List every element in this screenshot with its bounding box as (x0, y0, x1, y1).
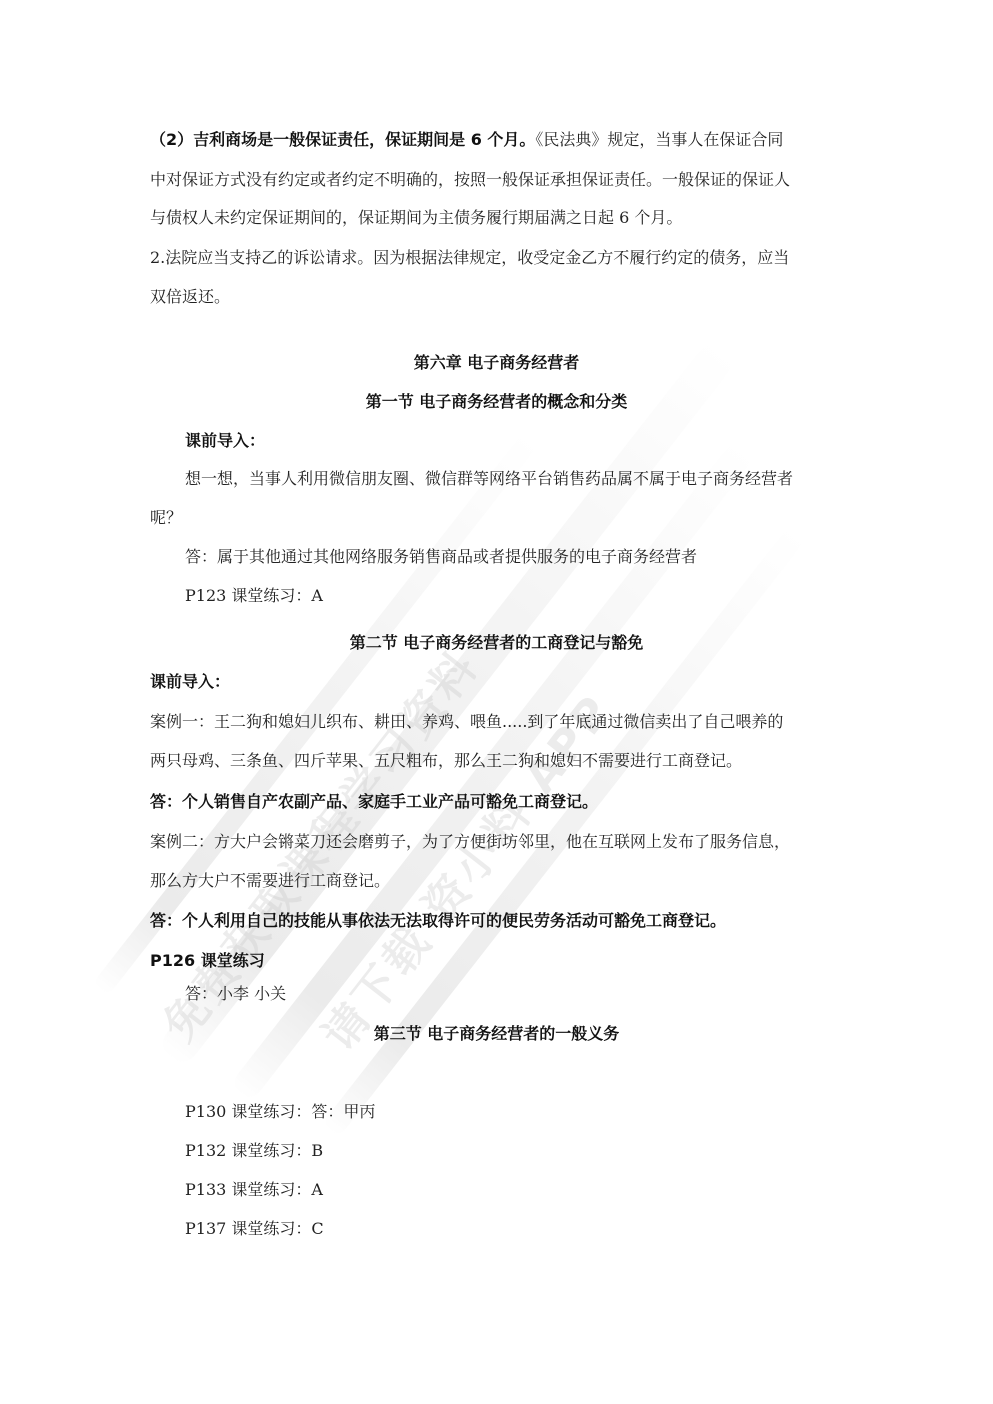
paragraph-line: 双倍返还。 (150, 287, 230, 307)
intro-label: 课前导入： (185, 431, 265, 451)
paragraph-guarantee: （2）吉利商场是一般保证责任，保证期间是 6 个月。《民法典》规定，当事人在保证… (150, 130, 783, 150)
paragraph-line: 与债权人未约定保证期间的，保证期间为主债务履行期届满之日起 6 个月。 (150, 208, 682, 228)
case-text: 那么方大户不需要进行工商登记。 (150, 871, 390, 891)
question-text: 呢？ (150, 508, 182, 528)
question-text: 想一想，当事人利用微信朋友圈、微信群等网络平台销售药品属不属于电子商务经营者 (185, 469, 793, 489)
exercise-answer: P133 课堂练习：A (185, 1180, 323, 1200)
paragraph-line: 2.法院应当支持乙的诉讼请求。因为根据法律规定，收受定金乙方不履行约定的债务，应… (150, 248, 789, 268)
section-title: 第三节 电子商务经营者的一般义务 (0, 1024, 993, 1044)
case-answer: 答：个人利用自己的技能从事依法无法取得许可的便民劳务活动可豁免工商登记。 (150, 911, 726, 931)
paragraph-line: 中对保证方式没有约定或者约定不明确的，按照一般保证承担保证责任。一般保证的保证人 (150, 170, 790, 190)
exercise-answer: P130 课堂练习：答：甲丙 (185, 1102, 375, 1122)
case-text: 案例二：方大户会锵菜刀还会磨剪子，为了方便街坊邻里，他在互联网上发布了服务信息， (150, 832, 790, 852)
answer-text: 答：属于其他通过其他网络服务销售商品或者提供服务的电子商务经营者 (185, 547, 697, 567)
case-text: 两只母鸡、三条鱼、四斤苹果、五尺粗布，那么王二狗和媳妇不需要进行工商登记。 (150, 751, 742, 771)
exercise-answer: P132 课堂练习：B (185, 1141, 323, 1161)
case-answer: 答：个人销售自产农副产品、家庭手工业产品可豁免工商登记。 (150, 792, 598, 812)
intro-label: 课前导入： (150, 672, 230, 692)
exercise-answer: P137 课堂练习：C (185, 1219, 324, 1239)
exercise-label: P126 课堂练习 (150, 951, 265, 971)
chapter-title: 第六章 电子商务经营者 (0, 353, 993, 373)
bold-answer: （2）吉利商场是一般保证责任，保证期间是 6 个月。 (150, 130, 535, 149)
watermark-text: 请下载 资小料 APP (305, 678, 625, 1062)
exercise-answer: 答：小李 小关 (185, 984, 286, 1004)
section-title: 第一节 电子商务经营者的概念和分类 (0, 392, 993, 412)
paragraph-text: 《民法典》规定，当事人在保证合同 (535, 130, 783, 149)
exercise-answer: P123 课堂练习：A (185, 586, 323, 606)
section-title: 第二节 电子商务经营者的工商登记与豁免 (0, 633, 993, 653)
case-text: 案例一：王二狗和媳妇儿织布、耕田、养鸡、喂鱼.....到了年底通过微信卖出了自己… (150, 712, 783, 732)
